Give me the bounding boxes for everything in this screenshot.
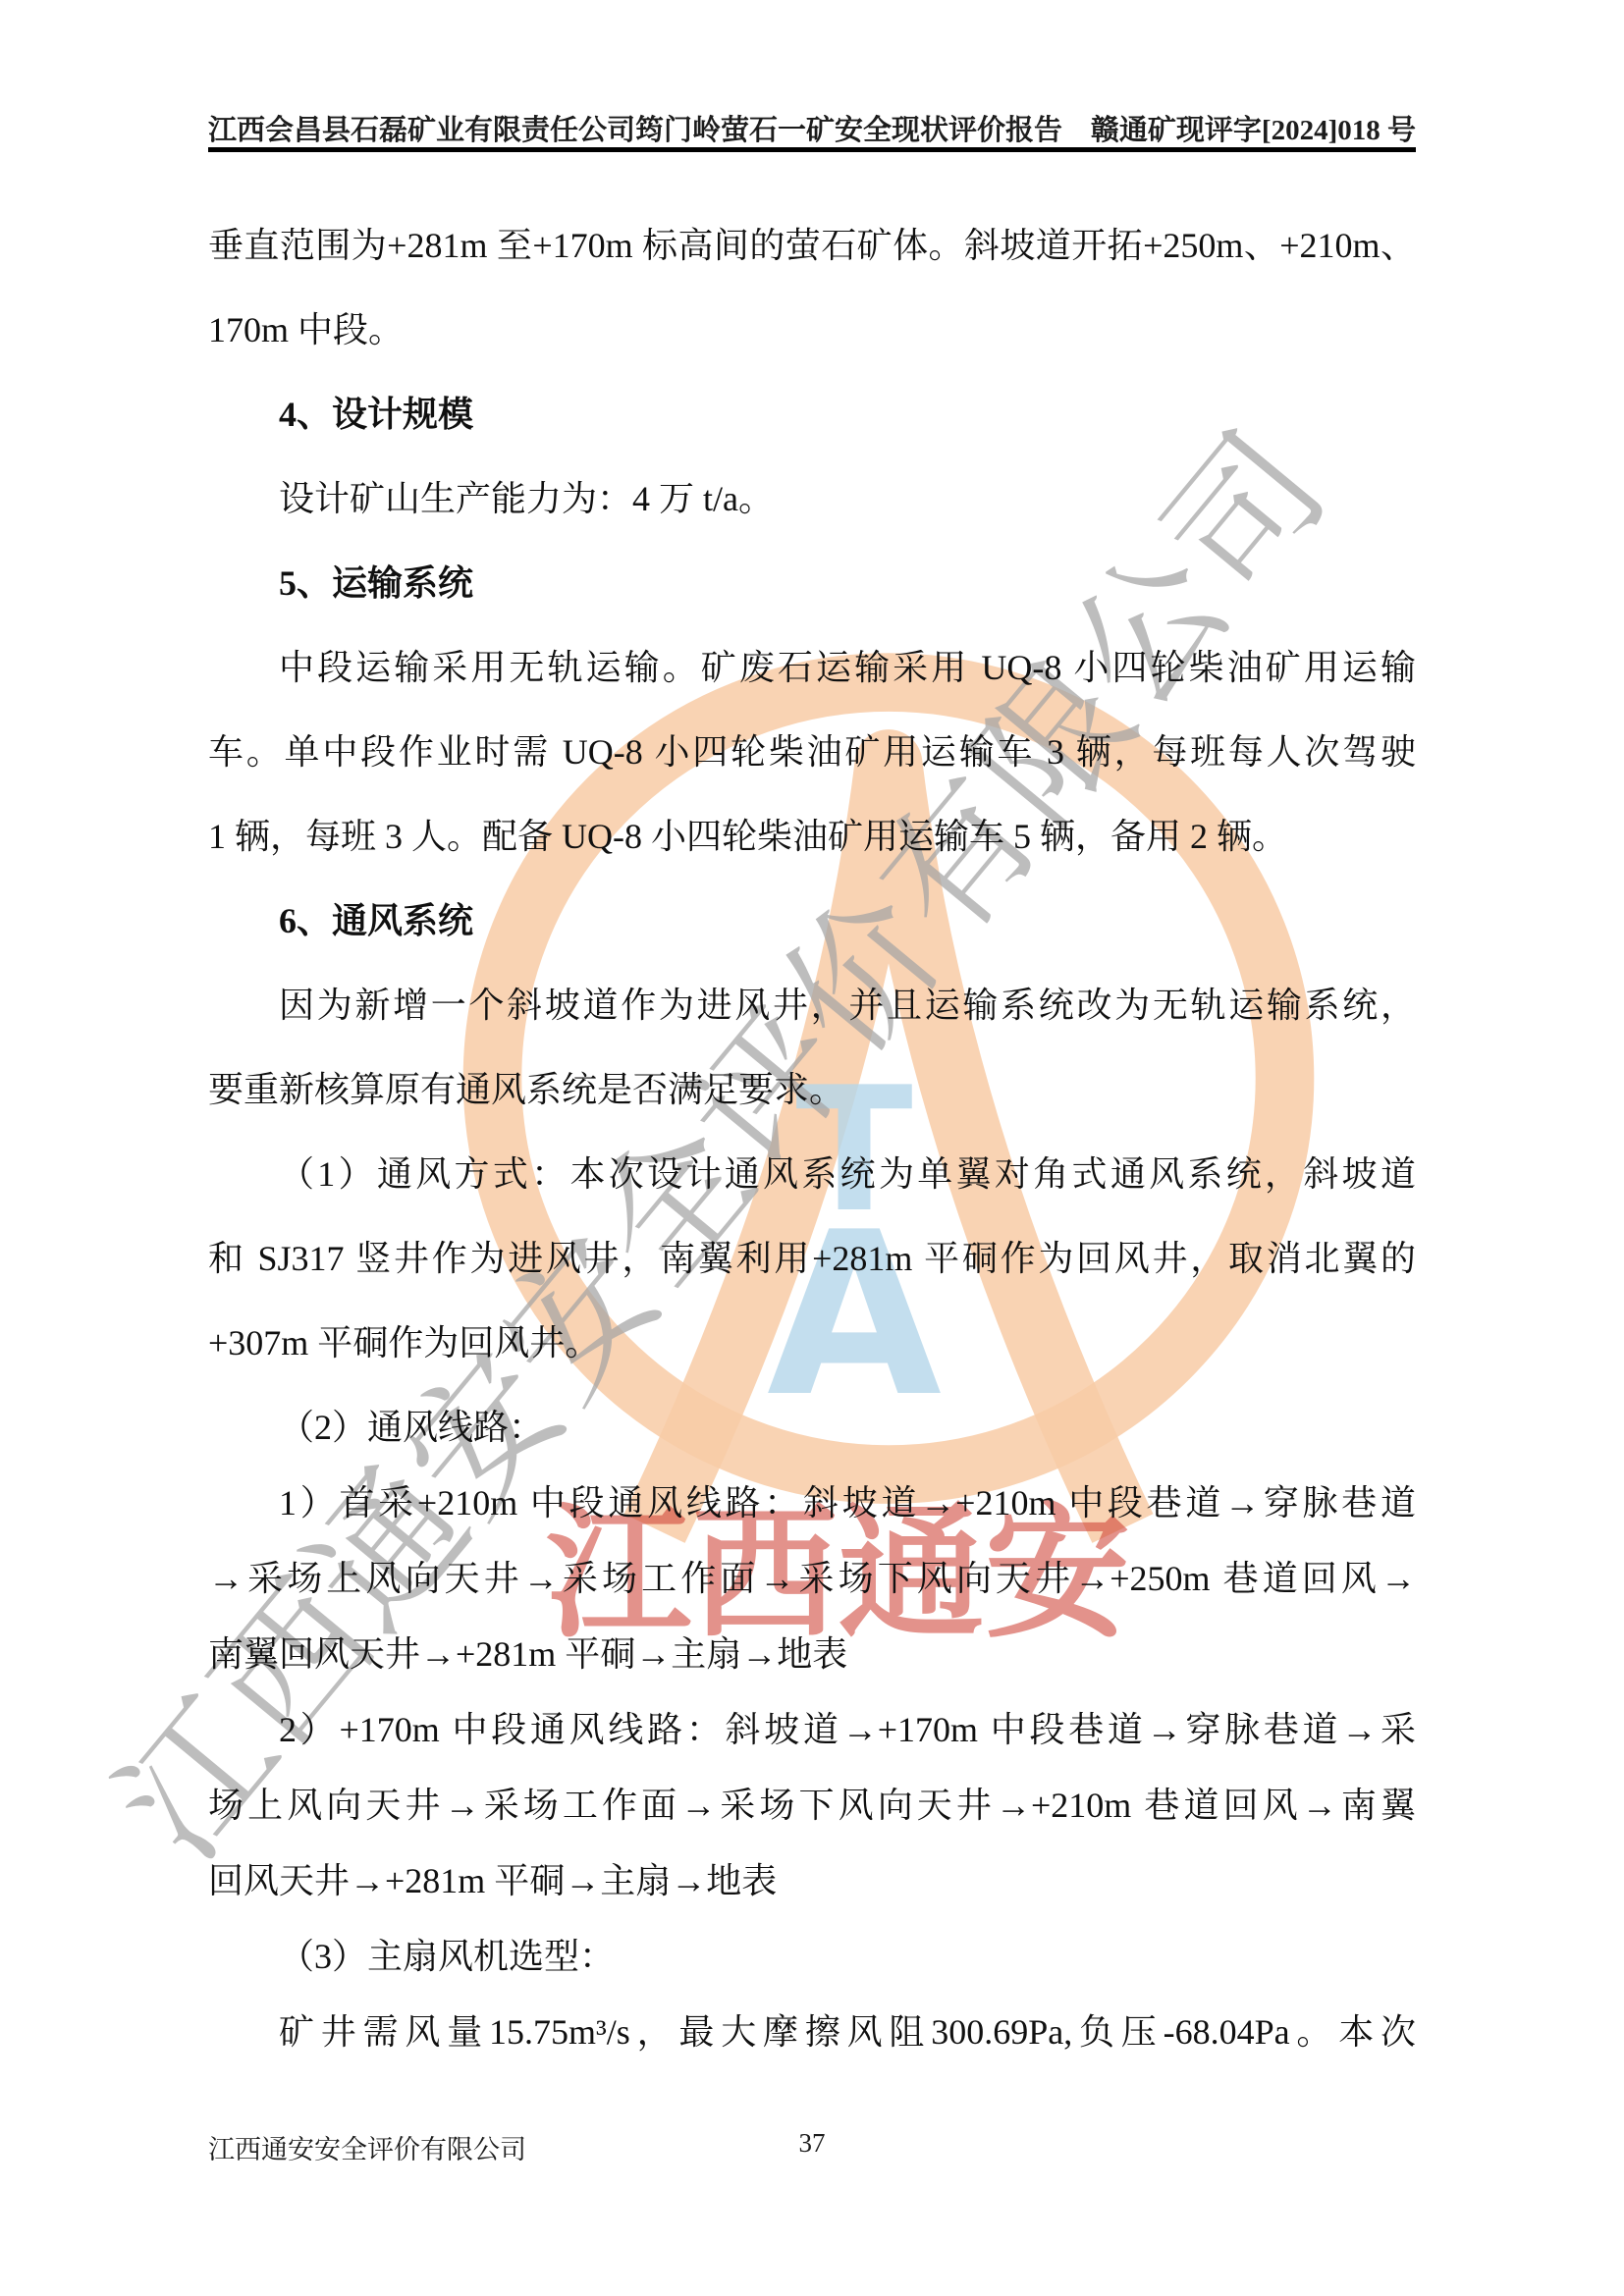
body-line: （2）通风线路： bbox=[208, 1405, 1416, 1480]
body-line: 垂直范围为+281m 至+170m 标高间的萤石矿体。斜坡道开拓+250m、+2… bbox=[208, 223, 1416, 307]
body-line: 矿井需风量15.75m³/s，最大摩擦风阻300.69Pa,负压-68.04Pa… bbox=[208, 2009, 1416, 2085]
body-line: 170m 中段。 bbox=[208, 307, 1416, 392]
header-doc-number: 赣通矿现评字[2024]018 号 bbox=[1091, 108, 1416, 148]
body-line: 回风天井→+281m 平硐→主扇→地表 bbox=[208, 1858, 1416, 1934]
body-line: +307m 平硐作为回风井。 bbox=[208, 1320, 1416, 1405]
body-line: 车。单中段作业时需 UQ-8 小四轮柴油矿用运输车 3 辆，每班每人次驾驶 bbox=[208, 729, 1416, 814]
body-text: 垂直范围为+281m 至+170m 标高间的萤石矿体。斜坡道开拓+250m、+2… bbox=[208, 223, 1416, 2085]
body-line: 6、通风系统 bbox=[208, 898, 1416, 983]
body-line: 2）+170m 中段通风线路：斜坡道→+170m 中段巷道→穿脉巷道→采 bbox=[208, 1707, 1416, 1783]
body-line: 5、运输系统 bbox=[208, 561, 1416, 645]
footer-page-number: 37 bbox=[208, 2128, 1416, 2159]
body-line: 1）首采+210m 中段通风线路：斜坡道→+210m 中段巷道→穿脉巷道 bbox=[208, 1480, 1416, 1556]
body-line: （1）通风方式：本次设计通风系统为单翼对角式通风系统，斜坡道 bbox=[208, 1151, 1416, 1236]
page-footer: 江西通安安全评价有限公司 37 bbox=[208, 2128, 1416, 2163]
document-page: T A 江西通安安全评价有限公司 江西通安 江西会昌县石磊矿业有限责任公司筠门岭… bbox=[0, 0, 1624, 2296]
body-line: 中段运输采用无轨运输。矿废石运输采用 UQ-8 小四轮柴油矿用运输 bbox=[208, 645, 1416, 729]
body-line: 4、设计规模 bbox=[208, 392, 1416, 476]
body-line: 设计矿山生产能力为：4 万 t/a。 bbox=[208, 476, 1416, 561]
body-line: （3）主扇风机选型： bbox=[208, 1934, 1416, 2009]
body-line: 要重新核算原有通风系统是否满足要求。 bbox=[208, 1067, 1416, 1151]
header-rule bbox=[208, 147, 1416, 152]
body-line: 场上风向天井→采场工作面→采场下风向天井→+210m 巷道回风→南翼 bbox=[208, 1783, 1416, 1858]
body-line: →采场上风向天井→采场工作面→采场下风向天井→+250m 巷道回风→ bbox=[208, 1556, 1416, 1631]
header-report-title: 江西会昌县石磊矿业有限责任公司筠门岭萤石一矿安全现状评价报告 bbox=[208, 108, 1062, 148]
body-line: 因为新增一个斜坡道作为进风井，并且运输系统改为无轨运输系统， bbox=[208, 983, 1416, 1067]
body-line: 和 SJ317 竖井作为进风井，南翼利用+281m 平硐作为回风井，取消北翼的 bbox=[208, 1236, 1416, 1320]
body-line: 南翼回风天井→+281m 平硐→主扇→地表 bbox=[208, 1631, 1416, 1707]
body-line: 1 辆，每班 3 人。配备 UQ-8 小四轮柴油矿用运输车 5 辆，备用 2 辆… bbox=[208, 814, 1416, 898]
page-header: 江西会昌县石磊矿业有限责任公司筠门岭萤石一矿安全现状评价报告 赣通矿现评字[20… bbox=[208, 108, 1416, 143]
